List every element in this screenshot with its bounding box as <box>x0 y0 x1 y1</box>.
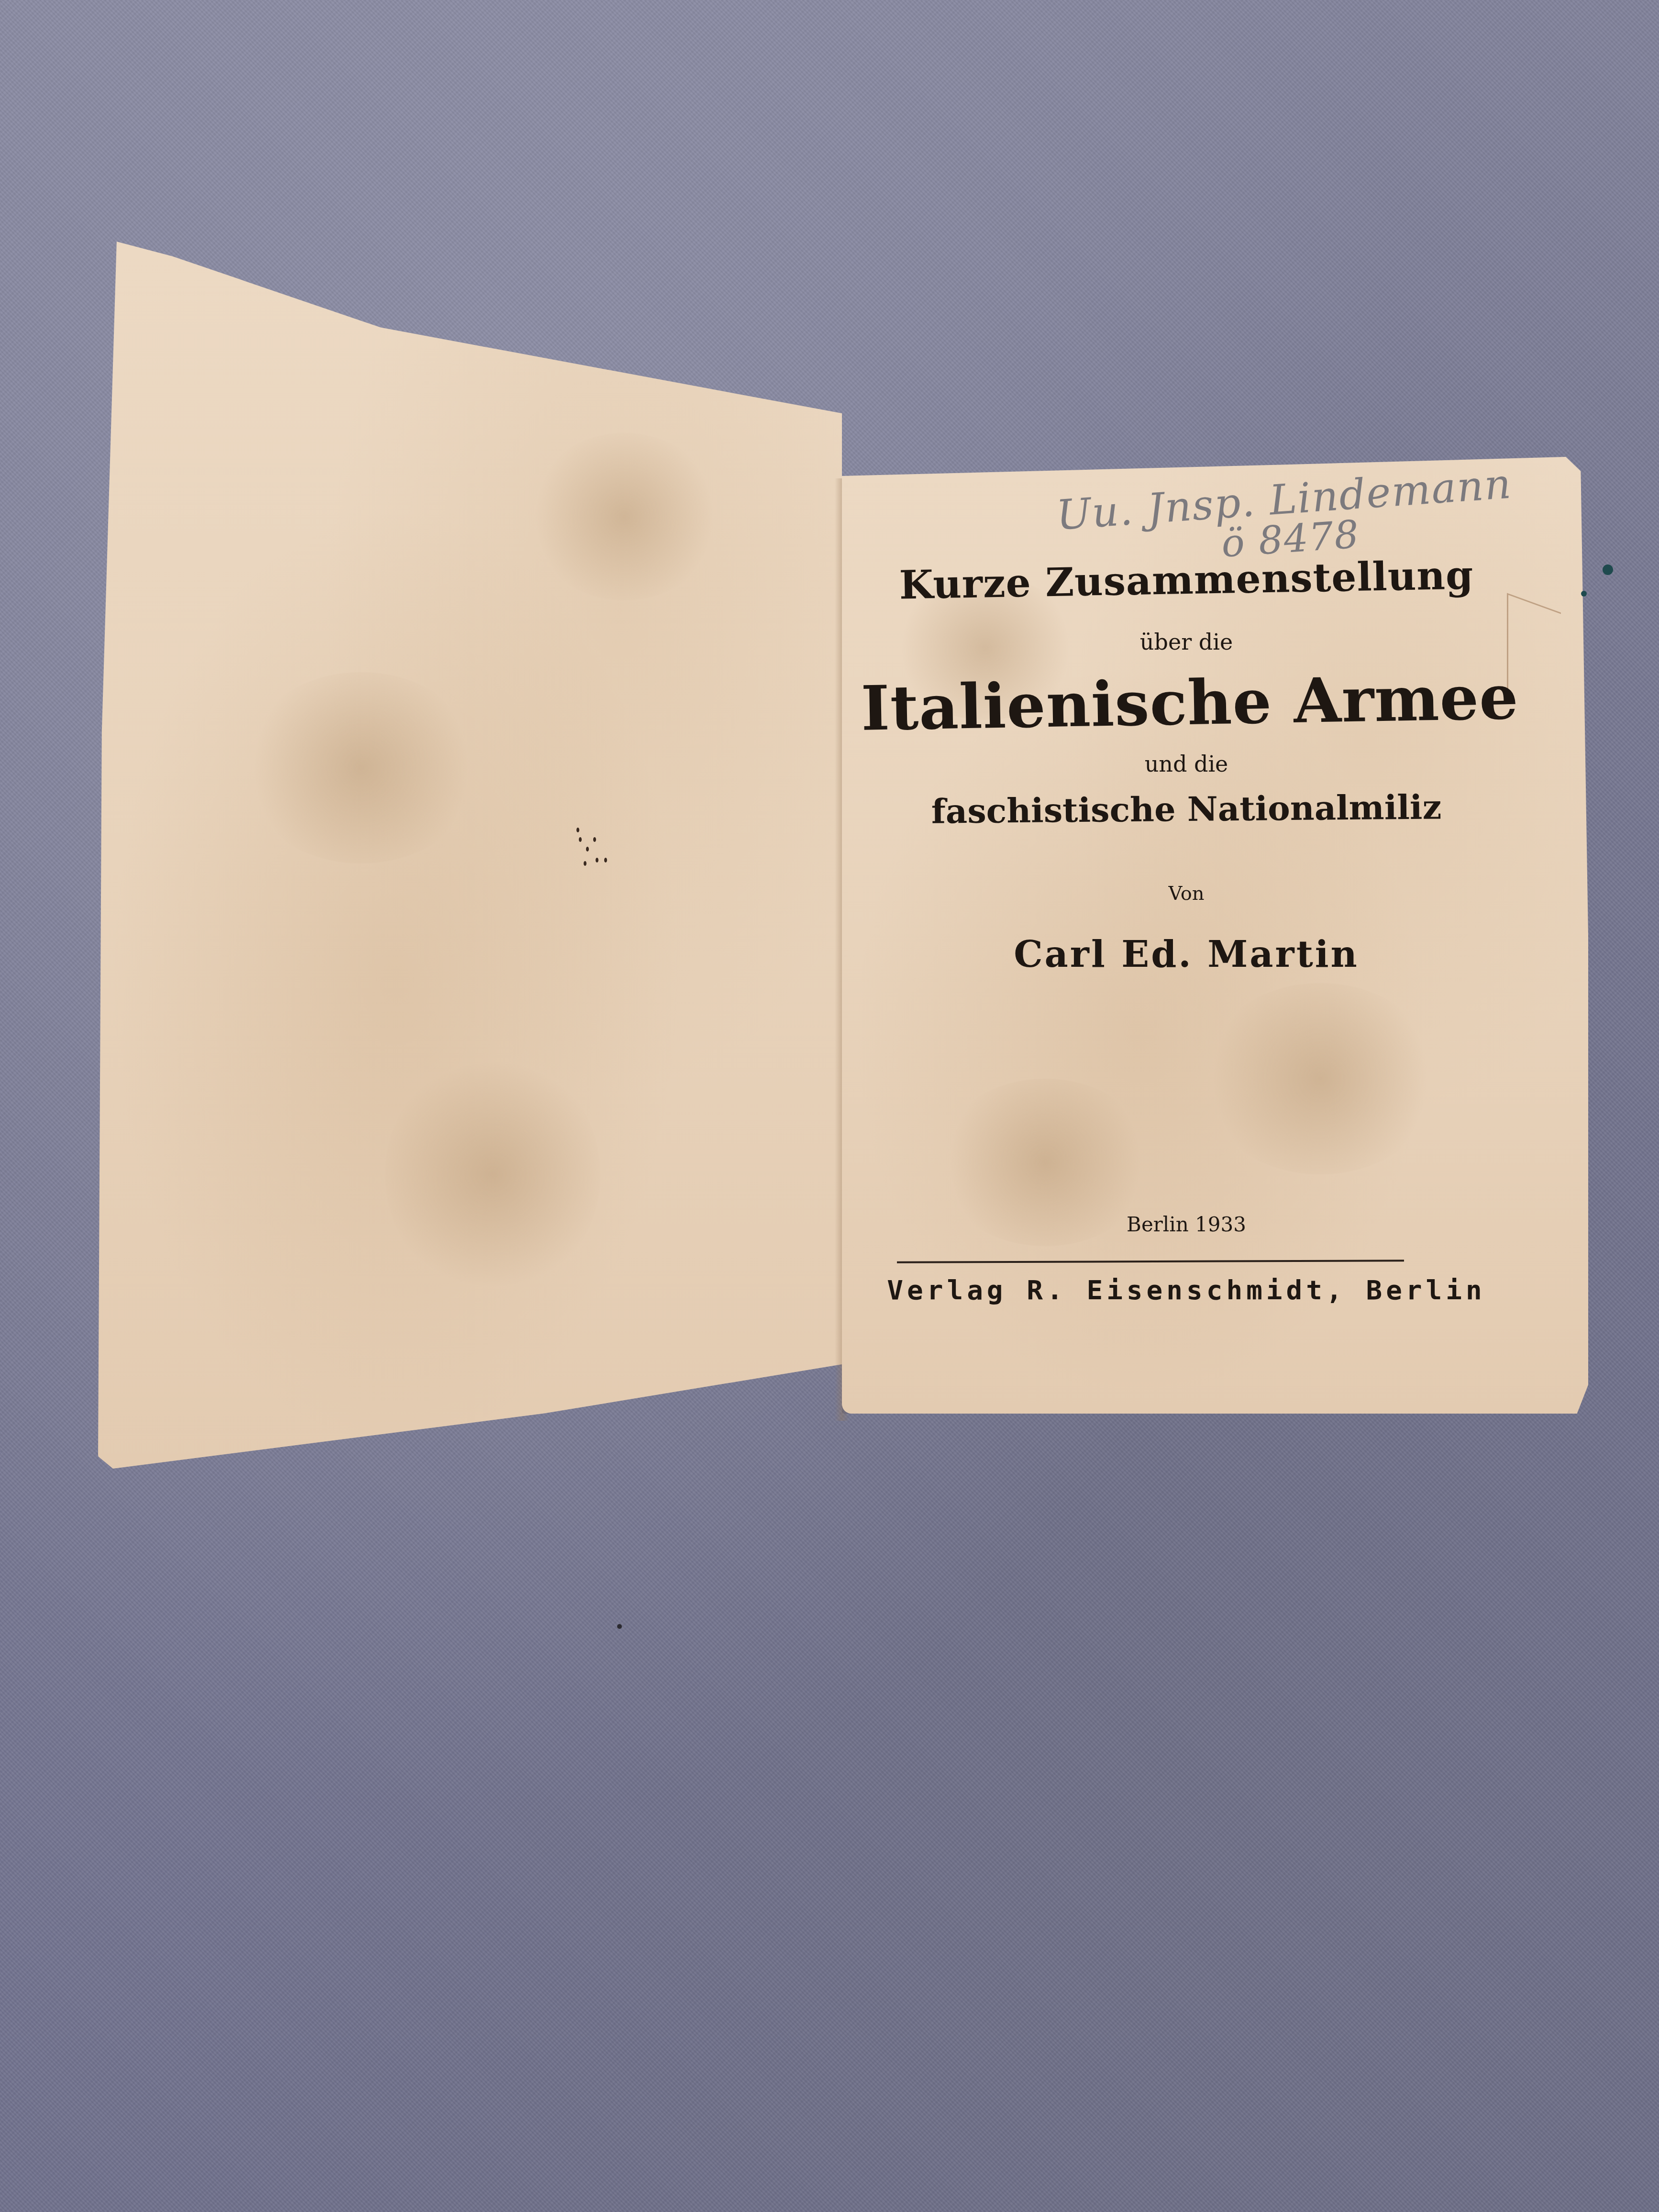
subtitle: faschistische Nationalmiliz <box>861 786 1512 832</box>
left-page <box>98 242 842 1469</box>
title-block: Kurze Zusammenstellung über die Italieni… <box>861 457 1512 1414</box>
stain <box>385 1055 600 1294</box>
place-year: Berlin 1933 <box>861 1213 1512 1236</box>
lint-speck <box>617 1624 622 1629</box>
author-name: Carl Ed. Martin <box>861 933 1512 975</box>
ink-specks <box>572 820 619 863</box>
title-line-und: und die <box>861 751 1512 777</box>
divider-rule <box>897 1260 1404 1263</box>
main-title: Italienische Armee <box>861 662 1512 745</box>
stain <box>242 672 481 863</box>
byline-label: Von <box>861 883 1512 905</box>
title-line-kurze: Kurze Zusammenstellung <box>861 552 1512 609</box>
publisher: Verlag R. Eisenschmidt, Berlin <box>861 1275 1512 1306</box>
ink-spot <box>1581 591 1587 597</box>
ink-spot <box>1603 564 1613 575</box>
title-line-ueber: über die <box>861 629 1512 655</box>
stain <box>529 433 720 600</box>
